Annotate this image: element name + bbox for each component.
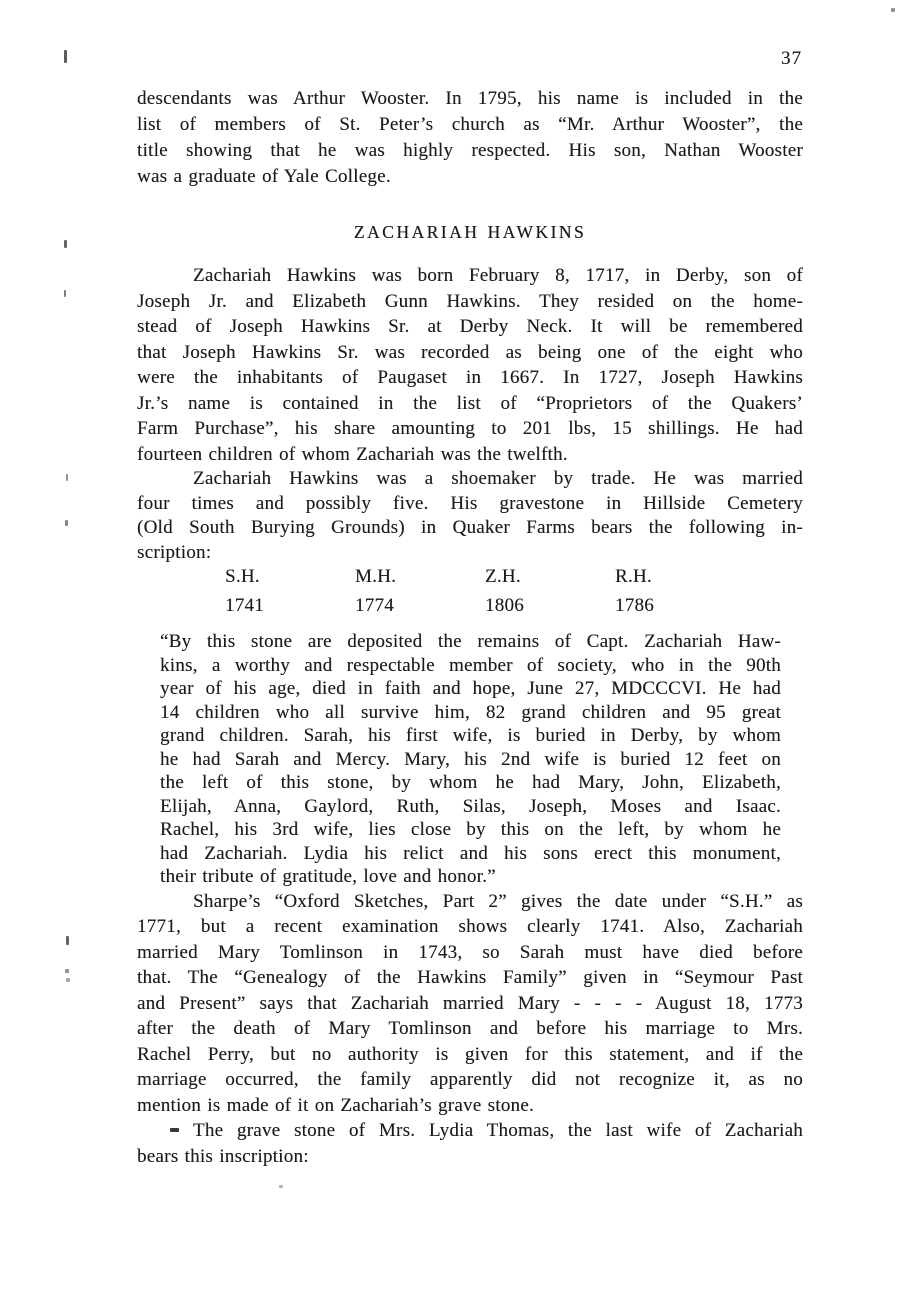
text-line: Joseph Jr. and Elizabeth Gunn Hawkins. T… — [137, 289, 803, 315]
text-line: was a graduate of Yale College. — [137, 164, 803, 190]
scan-artifact — [170, 1128, 179, 1132]
gravestone-year: 1786 — [615, 594, 745, 618]
scan-artifact — [279, 1185, 283, 1188]
text-line: title showing that he was highly respect… — [137, 138, 803, 164]
text-line: marriage occurred, the family apparently… — [137, 1067, 803, 1093]
gravestone-year: 1806 — [485, 594, 615, 618]
gravestone-column: R.H. 1786 — [615, 565, 745, 618]
gravestone-column: Z.H. 1806 — [485, 565, 615, 618]
text-line: four times and possibly five. His graves… — [137, 492, 803, 517]
page-number: 37 — [781, 48, 802, 70]
text-line: “By this stone are deposited the remains… — [160, 630, 781, 654]
text-line: kins, a worthy and respectable member of… — [160, 654, 781, 678]
text-line: mention is made of it on Zachariah’s gra… — [137, 1093, 803, 1119]
gravestone-year: 1774 — [355, 594, 485, 618]
text-line: stead of Joseph Hawkins Sr. at Derby Nec… — [137, 314, 803, 340]
gravestone-column: M.H. 1774 — [355, 565, 485, 618]
text-line: descendants was Arthur Wooster. In 1795,… — [137, 86, 803, 112]
section-heading: ZACHARIAH HAWKINS — [137, 220, 803, 245]
text-line: Sharpe’s “Oxford Sketches, Part 2” gives… — [137, 889, 803, 915]
text-line: 1771, but a recent examination shows cle… — [137, 914, 803, 940]
scan-artifact — [891, 8, 895, 12]
paragraph-zachariah-birth: Zachariah Hawkins was born February 8, 1… — [137, 263, 803, 467]
text-line: the left of this stone, by whom he had M… — [160, 771, 781, 795]
text-line: scription: — [137, 541, 803, 566]
text-line: fourteen children of whom Zachariah was … — [137, 442, 803, 468]
paragraph-lydia-thomas: The grave stone of Mrs. Lydia Thomas, th… — [137, 1118, 803, 1169]
text-line: Zachariah Hawkins was a shoemaker by tra… — [137, 467, 803, 492]
text-line: married Mary Tomlinson in 1743, so Sarah… — [137, 940, 803, 966]
gravestone-year: 1741 — [225, 594, 355, 618]
text-line: Zachariah Hawkins was born February 8, 1… — [137, 263, 803, 289]
scan-artifact — [64, 240, 67, 248]
text-block: descendants was Arthur Wooster. In 1795,… — [137, 86, 803, 1169]
text-line: 14 children who all survive him, 82 gran… — [160, 701, 781, 725]
scan-artifact — [64, 50, 67, 63]
scan-artifact — [65, 520, 68, 526]
paragraph-arthur-wooster: descendants was Arthur Wooster. In 1795,… — [137, 86, 803, 190]
text-line: Farm Purchase”, his share amounting to 2… — [137, 416, 803, 442]
text-line: Jr.’s name is contained in the list of “… — [137, 391, 803, 417]
gravestone-initials: M.H. — [355, 565, 485, 589]
text-line: after the death of Mary Tomlinson and be… — [137, 1016, 803, 1042]
paragraph-sharpes-oxford-sketches: Sharpe’s “Oxford Sketches, Part 2” gives… — [137, 889, 803, 1119]
text-line: had Zachariah. Lydia his relict and his … — [160, 842, 781, 866]
scan-artifact — [66, 978, 70, 982]
text-line: The grave stone of Mrs. Lydia Thomas, th… — [137, 1118, 803, 1144]
gravestone-initials: S.H. — [225, 565, 355, 589]
text-line: Elijah, Anna, Gaylord, Ruth, Silas, Jose… — [160, 795, 781, 819]
gravestone-initials: R.H. — [615, 565, 745, 589]
gravestone-inscription-quote: “By this stone are deposited the remains… — [137, 630, 803, 889]
text-line: that Joseph Hawkins Sr. was recorded as … — [137, 340, 803, 366]
text-line: bears this inscription: — [137, 1144, 803, 1170]
gravestone-initials: Z.H. — [485, 565, 615, 589]
text-line: Rachel, his 3rd wife, lies close by this… — [160, 818, 781, 842]
text-line: list of members of St. Peter’s church as… — [137, 112, 803, 138]
text-line: Rachel Perry, but no authority is given … — [137, 1042, 803, 1068]
scan-artifact — [66, 936, 69, 945]
text-line: year of his age, died in faith and hope,… — [160, 677, 781, 701]
text-line: grand children. Sarah, his first wife, i… — [160, 724, 781, 748]
text-line: (Old South Burying Grounds) in Quaker Fa… — [137, 516, 803, 541]
scan-artifact — [66, 474, 68, 481]
text-line: were the inhabitants of Paugaset in 1667… — [137, 365, 803, 391]
gravestone-date-table: S.H. 1741 M.H. 1774 Z.H. 1806 R.H. 1786 — [225, 565, 803, 618]
text-line: and Present” says that Zachariah married… — [137, 991, 803, 1017]
scan-artifact — [65, 969, 69, 973]
text-line: their tribute of gratitude, love and hon… — [160, 865, 781, 889]
document-page: 37 descendants was Arthur Wooster. In 17… — [0, 0, 900, 1290]
gravestone-column: S.H. 1741 — [225, 565, 355, 618]
text-line: that. The “Genealogy of the Hawkins Fami… — [137, 965, 803, 991]
scan-artifact — [64, 290, 66, 297]
text-line: he had Sarah and Mercy. Mary, his 2nd wi… — [160, 748, 781, 772]
paragraph-shoemaker: Zachariah Hawkins was a shoemaker by tra… — [137, 467, 803, 565]
